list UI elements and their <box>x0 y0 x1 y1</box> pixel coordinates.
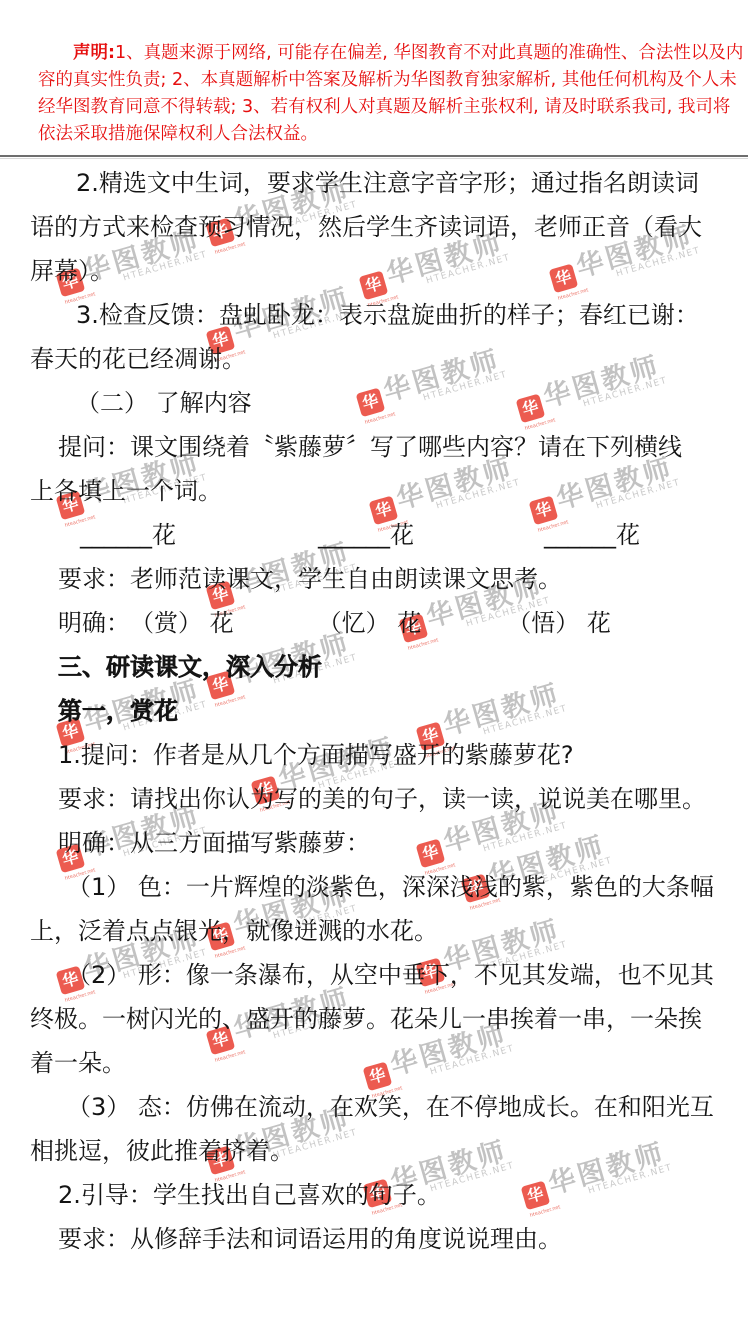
body-line: 屏幕）。 <box>30 249 744 293</box>
body-line: （二） 了解内容 <box>30 381 744 425</box>
disclaimer-line: 声明:1、真题来源于网络, 可能存在偏差, 华图教育不对此真题的准确性、合法性以… <box>38 40 716 67</box>
section-heading: 第一，赏花 <box>30 689 744 733</box>
body-line: 要求：请找出你认为写的美的句子，读一读，说说美在哪里。 <box>30 777 744 821</box>
body-line: 上，泛着点点银光，就像迸溅的水花。 <box>30 909 744 953</box>
body-line: 上各填上一个词。 <box>30 469 744 513</box>
body-line: 3.检查反馈：盘虬卧龙：表示盘旋曲折的样子；春红已谢： <box>30 293 744 337</box>
answer-item: （悟） 花 <box>507 601 611 645</box>
disclaimer-line: 依法采取措施保障权利人合法权益。 <box>38 121 716 148</box>
answer-item: （忆） 花 <box>318 601 422 645</box>
document-page: 华hteacher.net华图教师HTEACHER.NET华hteacher.n… <box>0 0 748 1335</box>
section-heading: 三、研读课文，深入分析 <box>30 645 744 689</box>
body-line: 明确：从三方面描写紫藤萝： <box>30 821 744 865</box>
body-line: 语的方式来检查预习情况，然后学生齐读词语，老师正音（看大 <box>30 205 744 249</box>
body-line: 要求：老师范读课文，学生自由朗读课文思考。 <box>30 557 744 601</box>
blank-slot: ______花 <box>544 513 640 557</box>
body-line: 终极。一树闪光的、盛开的藤萝。花朵儿一串挨着一串，一朵挨 <box>30 997 744 1041</box>
blank-slot: ______花 <box>318 513 414 557</box>
body-line: （3） 态：仿佛在流动，在欢笑，在不停地成长。在和阳光互 <box>30 1085 744 1129</box>
blank-slot: ______花 <box>80 513 176 557</box>
body-line: （1） 色：一片辉煌的淡紫色，深深浅浅的紫，紫色的大条幅 <box>30 865 744 909</box>
answer-label: 明确： <box>58 609 130 637</box>
lesson-body: 2.精选文中生词，要求学生注意字音字形；通过指名朗读词语的方式来检查预习情况，然… <box>30 161 744 1261</box>
body-line: 要求：从修辞手法和词语运用的角度说说理由。 <box>30 1217 744 1261</box>
body-line: 1.提问：作者是从几个方面描写盛开的紫藤萝花? <box>30 733 744 777</box>
fill-blank-line: ______花______花______花 <box>30 513 744 557</box>
disclaimer-line: 容的真实性负责; 2、本真题解析中答案及解析为华图教育独家解析, 其他任何机构及… <box>38 67 716 94</box>
disclaimer-line: 经华图教育同意不得转载; 3、若有权利人对真题及解析主张权利, 请及时联系我司,… <box>38 94 716 121</box>
body-line: 相挑逗，彼此推着挤着。 <box>30 1129 744 1173</box>
body-line: 春天的花已经凋谢。 <box>30 337 744 381</box>
body-line: 2.精选文中生词，要求学生注意字音字形；通过指名朗读词 <box>30 161 744 205</box>
answer-item: （赏） 花 <box>130 601 234 645</box>
separator-line <box>0 155 748 159</box>
body-line: 着一朵。 <box>30 1041 744 1085</box>
disclaimer-notice: 声明:1、真题来源于网络, 可能存在偏差, 华图教育不对此真题的准确性、合法性以… <box>38 40 716 148</box>
body-line: 2.引导：学生找出自己喜欢的句子。 <box>30 1173 744 1217</box>
disclaimer-prefix: 声明: <box>73 43 115 63</box>
answer-line: 明确：（赏） 花（忆） 花（悟） 花 <box>30 601 744 645</box>
body-line: 提问：课文围绕着〝紫藤萝〞写了哪些内容？请在下列横线 <box>30 425 744 469</box>
body-line: （2） 形：像一条瀑布，从空中垂下，不见其发端，也不见其 <box>30 953 744 997</box>
